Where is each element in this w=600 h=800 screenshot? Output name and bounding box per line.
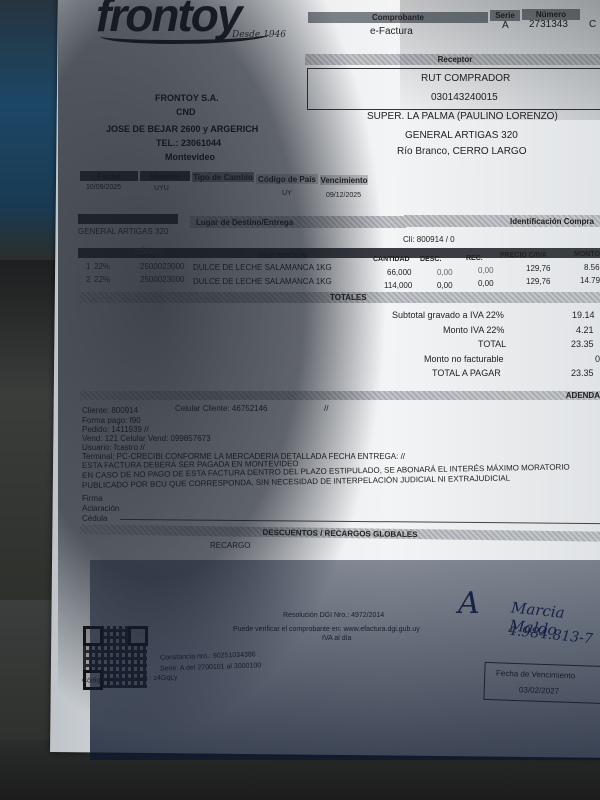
pais-header: Código de País xyxy=(256,174,318,184)
aclaracion-label: Aclaración xyxy=(82,504,119,513)
total-label: Monto no facturable xyxy=(424,354,504,364)
row-monto: 8.56 xyxy=(584,263,600,272)
receptor-city: Río Branco, CERRO LARGO xyxy=(397,146,526,157)
comprobante-header: Comprobante xyxy=(308,12,488,23)
vencimiento-header-label: Vencimiento xyxy=(320,176,367,185)
total-value: 23.35 xyxy=(571,368,594,378)
resolucion-dgi: Resolución DGI Nro.: 4972/2014 xyxy=(283,612,384,619)
comprobante-tipo: e-Factura xyxy=(370,26,413,37)
row-rec: 0,00 xyxy=(478,279,494,288)
total-value: 0 xyxy=(595,354,600,364)
vencimiento-header: Vencimiento xyxy=(320,175,368,185)
vencimiento-value: 03/02/2027 xyxy=(519,685,559,695)
adenda-line: Usuario: fcastro // xyxy=(82,443,145,452)
row-descripcion: DULCE DE LECHE SALAMANCA 1KG xyxy=(193,277,332,286)
destino-value: GENERAL ARTIGAS 320 xyxy=(78,227,168,236)
row-number: 1 xyxy=(86,262,90,271)
header-codigo: CÓDIGO xyxy=(135,249,163,256)
qr-corner xyxy=(128,626,148,646)
identificacion-header: Identificación Compra xyxy=(404,215,600,227)
qr-corner xyxy=(83,626,103,646)
row-cantidad: 66,000 xyxy=(387,268,411,277)
total-label: Monto IVA 22% xyxy=(443,325,504,335)
row-desc: 0,00 xyxy=(437,268,453,277)
rut-value: 030143240015 xyxy=(431,92,498,103)
comprobante-extra: C xyxy=(589,19,596,30)
totales-header: TOTALES xyxy=(80,292,600,303)
fecha-header: Fecha xyxy=(80,171,138,181)
total-label: TOTAL xyxy=(478,339,506,349)
destino-dark-header xyxy=(78,214,178,224)
adenda-line: Forma pago: f90 xyxy=(82,416,141,425)
emisor-type: CND xyxy=(176,107,196,117)
comprobante-numero: 2731343 xyxy=(529,19,568,30)
cedula-label: Cédula xyxy=(82,514,107,523)
total-label: Subtotal gravado a IVA 22% xyxy=(392,310,504,320)
emisor-city: Montevideo xyxy=(165,152,215,162)
row-iva: 22% xyxy=(94,275,110,284)
header-rec: REC. xyxy=(466,255,483,262)
globales-header-label: DESCUENTOS / RECARGOS GLOBALES xyxy=(262,527,417,538)
row-desc: 0,00 xyxy=(437,281,453,290)
identificacion-header-label: Identificación Compra xyxy=(510,217,594,226)
totales-header-label: TOTALES xyxy=(330,293,367,302)
tipo-cambio-header-label: Tipo de Cambio xyxy=(193,173,253,182)
row-codigo: 2500023000 xyxy=(140,275,185,284)
iva-al-dia: IVA al día xyxy=(322,635,351,642)
comprobante-header-label: Comprobante xyxy=(372,13,424,22)
recargo-label: RECARGO xyxy=(210,541,250,550)
tipo-cambio-header: Tipo de Cambio xyxy=(192,172,254,182)
receptor-name: SUPER. LA PALMA (PAULINO LORENZO) xyxy=(367,111,558,122)
header-precio: PRECIO C/IVA xyxy=(500,252,547,259)
comprobante-serie: A xyxy=(502,20,509,31)
receptor-address: GENERAL ARTIGAS 320 xyxy=(405,130,518,141)
rut-label: RUT COMPRADOR xyxy=(421,73,510,84)
row-cantidad: 114,000 xyxy=(384,281,412,290)
row-monto: 14.79 xyxy=(580,276,600,285)
adenda-slashes: // xyxy=(324,404,328,413)
adenda-header-label: ADENDA xyxy=(566,391,600,400)
receptor-header-label: Receptor xyxy=(438,55,473,64)
header-desc: DESC. xyxy=(420,256,441,263)
emisor-name: FRONTOY S.A. xyxy=(155,93,219,103)
row-descripcion: DULCE DE LECHE SALAMANCA 1KG xyxy=(193,263,332,272)
vencimiento-value: 09/12/2025 xyxy=(326,192,361,199)
total-value: 4.21 xyxy=(576,325,594,335)
row-number: 2 xyxy=(86,275,90,284)
emisor-phone: TEL.: 23061044 xyxy=(156,138,221,148)
row-iva: 22% xyxy=(94,262,110,271)
row-precio: 129,76 xyxy=(526,277,550,286)
destino-header-label: Lugar de Destino/Entrega xyxy=(196,218,293,227)
serie-header-label: Serie xyxy=(495,11,515,20)
adenda-header: ADENDA xyxy=(80,391,600,400)
moneda-header: Moneda xyxy=(140,171,190,181)
numero-header-label: Número xyxy=(536,10,566,19)
verificar-link[interactable]: Puede verificar el comprobante en: www.e… xyxy=(233,626,420,633)
fecha-value: 10/09/2025 xyxy=(86,184,121,191)
header-monto: MONTO xyxy=(574,251,600,258)
adenda-line: Vend: 121 Celular Vend: 099857673 xyxy=(82,434,211,443)
firma-label: Firma xyxy=(82,494,102,503)
receptor-header: Receptor xyxy=(305,54,600,65)
logo-tagline: Desde 1946 xyxy=(232,30,286,40)
adenda-line: Pedido: 1411939 // xyxy=(82,425,149,434)
total-value: 23.35 xyxy=(571,339,594,349)
total-value: 19.14 xyxy=(572,310,595,320)
destino-header: Lugar de Destino/Entrega xyxy=(190,216,406,228)
pais-header-label: Código de País xyxy=(258,175,316,184)
cli-value: Cli: 800914 / 0 xyxy=(403,235,455,244)
adenda-celular-cliente: Celular Cliente: 46752146 xyxy=(175,404,268,413)
fecha-header-label: Fecha xyxy=(97,172,120,181)
signature-mark: A xyxy=(458,586,480,621)
row-precio: 129,76 xyxy=(526,264,550,273)
header-descripcion: DESCRIPCIÓN xyxy=(258,253,307,260)
moneda-value: UYU xyxy=(154,185,169,192)
moneda-header-label: Moneda xyxy=(150,172,180,181)
pais-value: UY xyxy=(282,190,292,197)
row-codigo: 2500023000 xyxy=(140,262,185,271)
total-label: TOTAL A PAGAR xyxy=(432,368,501,378)
row-rec: 0,00 xyxy=(478,266,494,275)
header-cantidad: CANTIDAD xyxy=(373,256,410,263)
emisor-address: JOSE DE BEJAR 2600 y ARGERICH xyxy=(106,124,258,134)
adenda-line: Cliente: 800914 xyxy=(82,406,138,415)
